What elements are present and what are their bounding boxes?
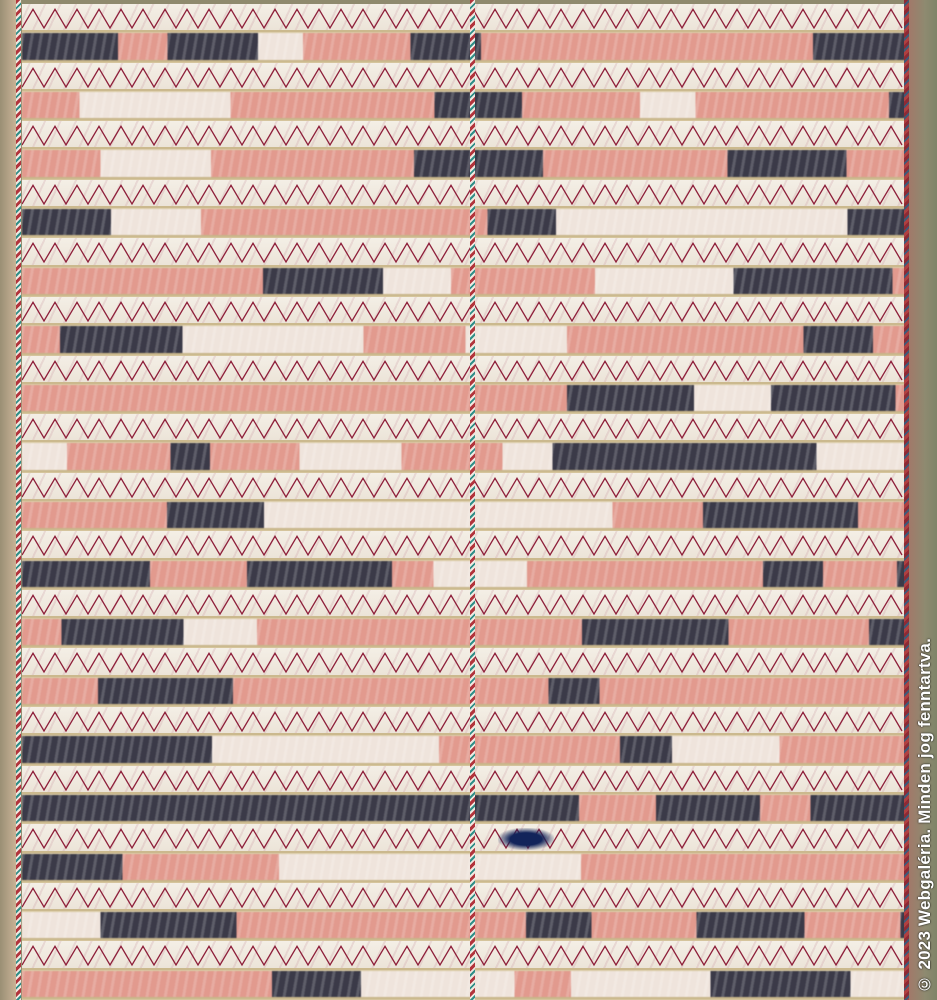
right-edge-cord [904, 0, 909, 1000]
zigzag-stitch [22, 4, 905, 30]
zigzag-stitch [22, 883, 905, 909]
painted-strip [22, 912, 905, 940]
painted-strip [22, 385, 905, 413]
stitched-strip [22, 121, 905, 149]
zigzag-stitch [22, 238, 905, 264]
zigzag-stitch [22, 63, 905, 89]
painted-strip [22, 678, 905, 706]
zigzag-stitch [22, 648, 905, 674]
left-edge-cord [16, 0, 21, 1000]
center-cord [470, 0, 475, 1000]
stitched-strip [22, 180, 905, 208]
painted-strip [22, 209, 905, 237]
zigzag-stitch [22, 941, 905, 967]
stitched-strip [22, 414, 905, 442]
zigzag-stitch [22, 297, 905, 323]
stitched-strip [22, 766, 905, 794]
painted-strip [22, 33, 905, 61]
painted-strip [22, 971, 905, 999]
stitched-strip [22, 941, 905, 969]
blue-ink-stain [498, 828, 554, 850]
artwork-photo [0, 0, 937, 1000]
painted-strip [22, 561, 905, 589]
zigzag-stitch [22, 121, 905, 147]
painted-strip [22, 619, 905, 647]
zigzag-stitch [22, 531, 905, 557]
zigzag-stitch [22, 180, 905, 206]
painted-strip [22, 92, 905, 120]
stitched-strip [22, 63, 905, 91]
stitched-strip [22, 297, 905, 325]
painted-strip [22, 795, 905, 823]
painted-strip [22, 150, 905, 178]
zigzag-stitch [22, 824, 905, 850]
stitched-strip [22, 590, 905, 618]
painted-strip [22, 736, 905, 764]
painted-strip [22, 443, 905, 471]
painted-strip [22, 268, 905, 296]
painted-strip [22, 502, 905, 530]
copyright-watermark: © 2023 Webgaléria. Minden jog fenntartva… [915, 638, 935, 994]
stitched-strip [22, 356, 905, 384]
stitched-strip [22, 238, 905, 266]
stitched-strip [22, 824, 905, 852]
textile-panel [22, 4, 905, 1000]
zigzag-stitch [22, 590, 905, 616]
zigzag-stitch [22, 414, 905, 440]
stitched-strip [22, 883, 905, 911]
stitched-strip [22, 648, 905, 676]
painted-strip [22, 854, 905, 882]
zigzag-stitch [22, 473, 905, 499]
stitched-strip [22, 4, 905, 32]
stitched-strip [22, 473, 905, 501]
zigzag-stitch [22, 766, 905, 792]
stitched-strip [22, 531, 905, 559]
zigzag-stitch [22, 707, 905, 733]
stitched-strip [22, 707, 905, 735]
zigzag-stitch [22, 356, 905, 382]
painted-strip [22, 326, 905, 354]
